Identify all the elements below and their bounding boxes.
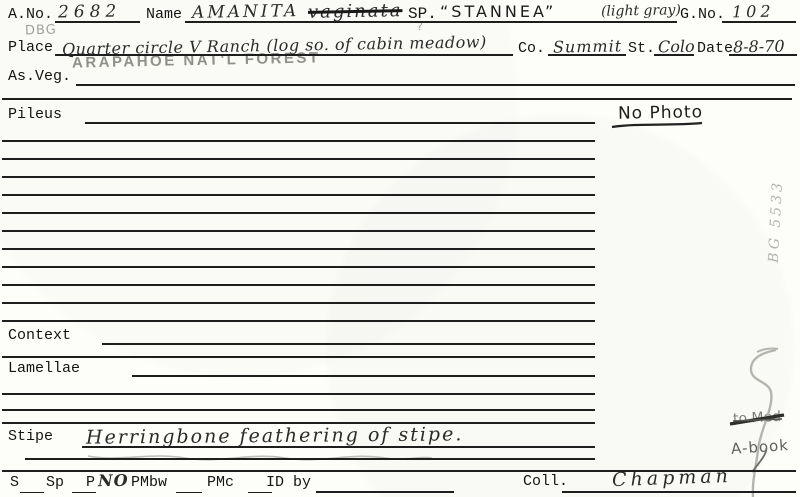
context-label: Context xyxy=(8,327,71,344)
id-by-underline xyxy=(316,491,454,493)
date-label: Date xyxy=(697,40,733,57)
stipe-value: Herringbone feathering of stipe. xyxy=(86,423,464,448)
st-underline xyxy=(654,54,694,56)
ruled-line xyxy=(2,212,595,214)
coll-label: Coll. xyxy=(523,473,568,490)
ruled-line xyxy=(2,176,595,178)
ruled-line xyxy=(2,320,595,322)
genus-value: AMANITA xyxy=(192,1,300,23)
ruled-line xyxy=(2,284,595,286)
color-note: (light gray) xyxy=(601,2,681,19)
pmbw-label: PMbw xyxy=(131,474,167,491)
g-no-label: G.No. xyxy=(680,6,725,23)
name-label: Name xyxy=(146,6,182,23)
ruled-line xyxy=(2,302,595,304)
ruled-line xyxy=(2,266,595,268)
dbg-pencil-note: DBG xyxy=(25,22,57,38)
place-label: Place xyxy=(8,39,53,56)
blank-pmc xyxy=(248,492,272,493)
as-veg-label: As.Veg. xyxy=(8,68,71,85)
ruled-line xyxy=(2,422,595,424)
stipe-underline xyxy=(82,446,595,448)
stipe-label: Stipe xyxy=(8,428,53,445)
place-underline xyxy=(55,54,513,56)
p-label: P xyxy=(86,474,95,491)
a-no-value: 2682 xyxy=(58,1,122,22)
g-no-underline xyxy=(722,21,796,23)
specimen-card: A.No. 2682 Name AMANITA vaginata SP. ? “… xyxy=(0,0,800,497)
date-underline xyxy=(729,54,797,56)
lamellae-label: Lamellae xyxy=(8,360,80,377)
sp-footer-label: Sp xyxy=(46,474,64,491)
ruled-line xyxy=(2,393,595,395)
co-label: Co. xyxy=(518,40,545,57)
full-rule-top xyxy=(2,98,792,100)
full-rule-bottom xyxy=(2,470,796,472)
ruled-line xyxy=(2,194,595,196)
ruled-line xyxy=(2,230,595,232)
struck-pencil-note: to Med xyxy=(733,409,782,427)
g-no-value: 102 xyxy=(732,2,775,22)
ruled-line xyxy=(2,158,595,160)
lamellae-underline xyxy=(132,375,595,377)
s-label: S xyxy=(10,474,19,491)
pmc-label: PMc xyxy=(207,474,234,491)
p-value: NO xyxy=(98,471,129,491)
ruled-line xyxy=(2,356,595,358)
species-value: “STANNEA” xyxy=(440,2,556,21)
coll-underline xyxy=(562,491,796,493)
blank-s xyxy=(20,492,44,493)
pencil-five-top xyxy=(757,348,778,352)
co-underline xyxy=(548,54,626,56)
as-veg-underline xyxy=(76,84,795,86)
context-underline xyxy=(102,343,595,345)
a-no-label: A.No. xyxy=(8,6,53,23)
no-photo-note: No Photo xyxy=(618,102,703,123)
id-by-label: ID by xyxy=(266,474,311,491)
ruled-line xyxy=(25,458,595,460)
blank-pmbw xyxy=(176,492,202,493)
blank-sp xyxy=(72,492,96,493)
st-label: St. xyxy=(628,40,655,57)
struck-species: vaginata xyxy=(308,0,403,23)
name-underline xyxy=(185,21,677,23)
pileus-underline xyxy=(85,122,595,124)
coll-value: Chapman xyxy=(612,465,733,491)
a-no-underline xyxy=(55,21,140,23)
vertical-code: BG 5533 xyxy=(766,180,786,264)
pileus-label: Pileus xyxy=(8,106,62,123)
ruled-line xyxy=(2,248,595,250)
a-book-note: A-book xyxy=(730,436,789,458)
ruled-line xyxy=(2,409,595,411)
ruled-line xyxy=(2,140,595,142)
